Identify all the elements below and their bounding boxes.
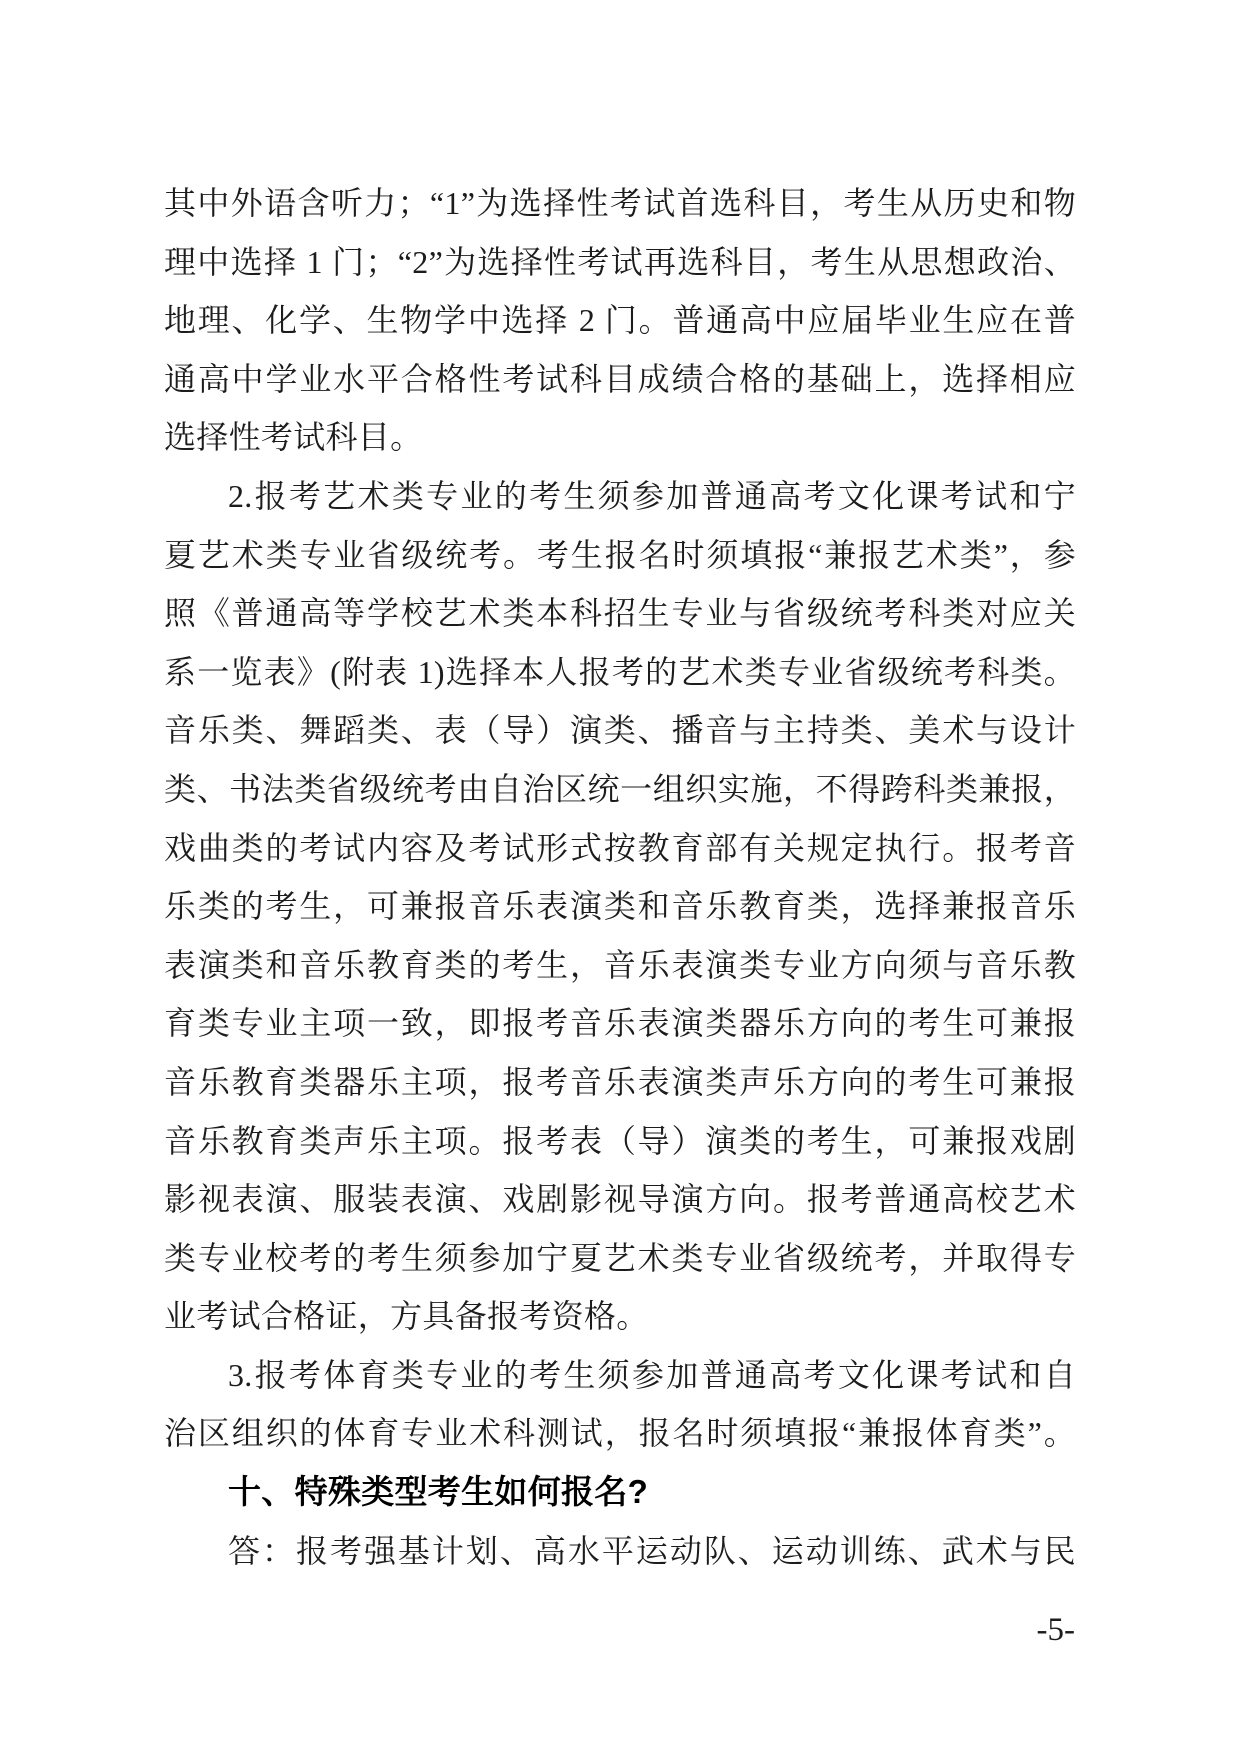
text-line: 业考试合格证，方具备报考资格。 bbox=[164, 1287, 1076, 1346]
text-line: 戏曲类的考试内容及考试形式按教育部有关规定执行。报考音 bbox=[164, 819, 1076, 878]
text-line: 表演类和音乐教育类的考生，音乐表演类专业方向须与音乐教 bbox=[164, 936, 1076, 995]
text-line: 育类专业主项一致，即报考音乐表演类器乐方向的考生可兼报 bbox=[164, 994, 1076, 1053]
section-heading: 十、特殊类型考生如何报名? bbox=[164, 1463, 1076, 1522]
text-line: 2.报考艺术类专业的考生须参加普通高考文化课考试和宁 bbox=[164, 467, 1076, 526]
text-line: 理中选择 1 门；“2”为选择性考试再选科目，考生从思想政治、 bbox=[164, 233, 1076, 292]
text-line: 影视表演、服装表演、戏剧影视导演方向。报考普通高校艺术 bbox=[164, 1170, 1076, 1229]
page-number: -5- bbox=[1037, 1608, 1075, 1652]
answer-line: 答：报考强基计划、高水平运动队、运动训练、武术与民 bbox=[164, 1522, 1076, 1581]
document-page: 其中外语含听力；“1”为选择性考试首选科目，考生从历史和物 理中选择 1 门；“… bbox=[0, 0, 1240, 1754]
text-line: 通高中学业水平合格性考试科目成绩合格的基础上，选择相应 bbox=[164, 350, 1076, 409]
text-line: 选择性考试科目。 bbox=[164, 408, 1076, 467]
text-line: 音乐教育类声乐主项。报考表（导）演类的考生，可兼报戏剧 bbox=[164, 1112, 1076, 1171]
document-body: 其中外语含听力；“1”为选择性考试首选科目，考生从历史和物 理中选择 1 门；“… bbox=[164, 174, 1076, 1580]
text-line: 夏艺术类专业省级统考。考生报名时须填报“兼报艺术类”，参 bbox=[164, 526, 1076, 585]
text-line: 乐类的考生，可兼报音乐表演类和音乐教育类，选择兼报音乐 bbox=[164, 877, 1076, 936]
text-line: 音乐教育类器乐主项，报考音乐表演类声乐方向的考生可兼报 bbox=[164, 1053, 1076, 1112]
text-line: 地理、化学、生物学中选择 2 门。普通高中应届毕业生应在普 bbox=[164, 291, 1076, 350]
text-line: 照《普通高等学校艺术类本科招生专业与省级统考科类对应关 bbox=[164, 584, 1076, 643]
text-line: 其中外语含听力；“1”为选择性考试首选科目，考生从历史和物 bbox=[164, 174, 1076, 233]
text-line: 系一览表》(附表 1)选择本人报考的艺术类专业省级统考科类。 bbox=[164, 643, 1076, 702]
text-line: 类专业校考的考生须参加宁夏艺术类专业省级统考，并取得专 bbox=[164, 1229, 1076, 1288]
text-line: 类、书法类省级统考由自治区统一组织实施，不得跨科类兼报， bbox=[164, 760, 1076, 819]
text-line: 3.报考体育类专业的考生须参加普通高考文化课考试和自 bbox=[164, 1346, 1076, 1405]
text-line: 音乐类、舞蹈类、表（导）演类、播音与主持类、美术与设计 bbox=[164, 701, 1076, 760]
text-line: 治区组织的体育专业术科测试，报名时须填报“兼报体育类”。 bbox=[164, 1404, 1076, 1463]
